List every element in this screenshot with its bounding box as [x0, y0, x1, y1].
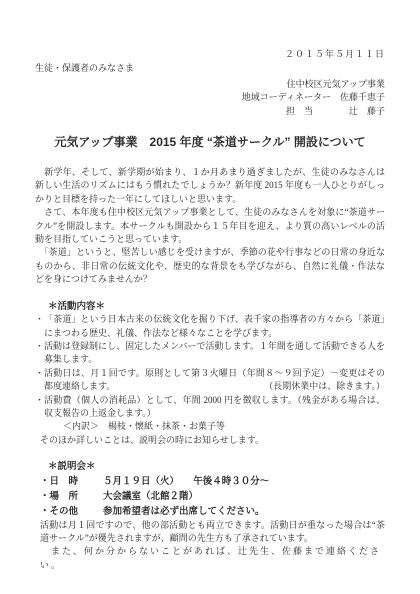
sender-organization: 住中校区元気アップ事業: [35, 78, 385, 91]
sender-contact: 担 当 辻 藤子: [35, 105, 385, 118]
activity-bullet-3: ・ 活動日は、月１回です。原則として第３火曜日（年間８～９回予定）－変更はその都…: [35, 367, 385, 394]
bullet-text: 活動は登録制にし、固定したメンバーで活動します。１年間を通して活動できる人を募集…: [44, 340, 385, 367]
sender-coordinator: 地域コーディネーター 佐藤千恵子: [35, 91, 385, 104]
sender-block: 住中校区元気アップ事業 地域コーディネーター 佐藤千恵子 担 当 辻 藤子: [35, 78, 385, 118]
activity-bullet-2: ・ 活動は登録制にし、固定したメンバーで活動します。１年間を通して活動できる人を…: [35, 340, 385, 367]
activity-note: そのほか詳しいことは、説明会の時にお知らせします。: [35, 434, 385, 447]
activity-bullet-4: ・ 活動費（個人の消耗品）として、年間 2000 円を徴収します。（残金がある場…: [35, 394, 385, 421]
meeting-item-value: 参加希望者は必ず出席してください。: [103, 504, 265, 519]
closing-paragraph-2: また、何か分からないことがあれば、辻先生、佐藤まで連絡ください。: [35, 545, 385, 572]
breakdown-label: ＜内訳＞: [63, 421, 99, 431]
meeting-item-label: ・その他: [40, 504, 103, 519]
intro-paragraph-1: 新学年、そして、新学期が始まり、１か月あまり過ぎましたが、生徒のみなさんは新しい…: [35, 166, 385, 206]
activity-bullet-1: ・ 「茶道」という日本古来の伝統文化を掘り下げ、表千家の指導者の方々から「茶道」…: [35, 313, 385, 340]
bullet-text: 「茶道」という日本古来の伝統文化を掘り下げ、表千家の指導者の方々から「茶道」にま…: [44, 313, 385, 340]
bullet-marker: ・: [35, 313, 44, 340]
bullet-marker: ・: [35, 340, 44, 367]
closing-paragraph-1: 活動は月１回ですので、他の部活動とも両立できます。活動日が重なった場合は“茶道サ…: [35, 519, 385, 546]
bullet-text: 活動費（個人の消耗品）として、年間 2000 円を徴収します。（残金がある場合は…: [44, 394, 385, 421]
cost-breakdown-line: ＜内訳＞楊枝・懐紙・抹茶・お菓子等: [35, 420, 385, 433]
document-title: 元気アップ事業 2015 年度 “茶道サークル” 開設について: [35, 134, 385, 150]
meeting-item-other: ・その他 参加希望者は必ず出席してください。: [35, 504, 385, 519]
bullet-marker: ・: [35, 394, 44, 421]
intro-paragraph-3: 「茶道」というと、堅苦しい感じを受けますが、季節の花や行事などの日常の身近なもの…: [35, 246, 385, 286]
activity-section-heading: ＊活動内容＊: [35, 300, 385, 313]
meeting-item-place: ・場 所 大会議室（北館２階）: [35, 489, 385, 504]
meeting-item-label: ・場 所: [40, 489, 103, 504]
document-page: ２０１５年５月１１日 生徒・保護者のみなさま 住中校区元気アップ事業 地域コーデ…: [0, 0, 420, 594]
bullet-marker: ・: [35, 367, 44, 394]
document-date: ２０１５年５月１１日: [35, 48, 385, 61]
breakdown-items: 楊枝・懐紙・抹茶・お菓子等: [99, 421, 225, 431]
meeting-item-value: 大会議室（北館２階）: [103, 489, 198, 504]
meeting-item-value: ５月１９日（火） 午後４時３０分～: [103, 474, 269, 489]
bullet-text: 活動日は、月１回です。原則として第３火曜日（年間８～９回予定）－変更はその都度連…: [44, 367, 385, 394]
meeting-item-label: ・日 時: [40, 474, 103, 489]
bullet-right-note: （長期休業中は、除きます。）: [264, 380, 385, 393]
meeting-item-datetime: ・日 時 ５月１９日（火） 午後４時３０分～: [35, 474, 385, 489]
meeting-section-heading: ＊説明会＊: [35, 460, 385, 473]
recipient-line: 生徒・保護者のみなさま: [35, 62, 385, 75]
intro-paragraph-2: さて、本年度も住中校区元気アップ事業として、生徒のみなさんを対象に“茶道サークル…: [35, 206, 385, 246]
